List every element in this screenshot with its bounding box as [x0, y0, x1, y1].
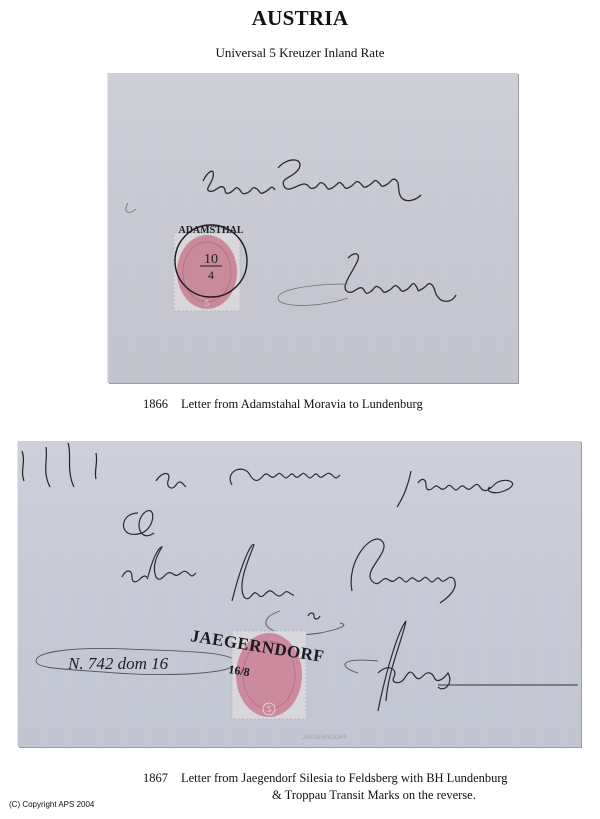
stamp-5-kreuzer: 5 — [174, 233, 240, 311]
caption-year: 1867 — [143, 771, 181, 786]
caption-text: Letter from Adamstahal Moravia to Lunden… — [181, 397, 423, 411]
svg-text:16/8: 16/8 — [228, 662, 251, 679]
svg-text:5: 5 — [205, 299, 209, 308]
cover-1867-artwork: N. 742 dom 16 5 JAEGERNDORF 16/8 JAEGERN… — [18, 441, 581, 747]
copyright-notice: (C) Copyright APS 2004 — [9, 800, 94, 809]
script-address-line-1 — [126, 160, 421, 212]
pencil-note: JAEGERNDORF — [302, 735, 348, 741]
page-title: AUSTRIA — [0, 6, 600, 31]
cover-1866: 5 ADAMSTHAL 10 4 — [108, 73, 518, 383]
svg-text:5: 5 — [267, 705, 271, 714]
script-address-line-2 — [278, 254, 456, 306]
script-address — [36, 469, 578, 711]
svg-text:4: 4 — [208, 268, 214, 282]
cover-1867: N. 742 dom 16 5 JAEGERNDORF 16/8 JAEGERN… — [18, 441, 581, 747]
page-subtitle: Universal 5 Kreuzer Inland Rate — [0, 45, 600, 61]
cover-1866-artwork: 5 ADAMSTHAL 10 4 — [108, 73, 518, 383]
caption-year: 1866 — [143, 397, 181, 412]
svg-text:10: 10 — [204, 252, 218, 267]
svg-text:ADAMSTHAL: ADAMSTHAL — [178, 225, 243, 236]
docket-notes — [22, 443, 97, 487]
caption-1867-line2: & Troppau Transit Marks on the reverse. — [272, 788, 476, 803]
caption-1866: 1866Letter from Adamstahal Moravia to Lu… — [143, 397, 423, 412]
caption-text: Letter from Jaegendorf Silesia to Feldsb… — [181, 771, 508, 785]
caption-1867-line1: 1867Letter from Jaegendorf Silesia to Fe… — [143, 771, 508, 786]
docket-number: N. 742 dom 16 — [67, 654, 169, 673]
